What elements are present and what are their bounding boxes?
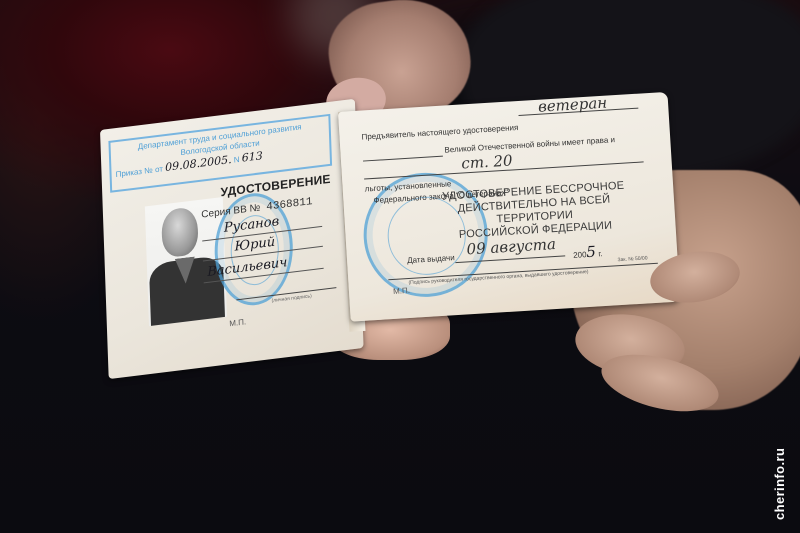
print-order-code: Зак. № 50/00 bbox=[617, 255, 647, 263]
photo-scene: Департамент труда и социального развития… bbox=[0, 0, 800, 533]
validity-statement: УДОСТОВЕРЕНИЕ БЕССРОЧНОЕ ДЕЙСТВИТЕЛЬНО Н… bbox=[433, 179, 636, 243]
issue-year: 2005 г. bbox=[572, 242, 602, 262]
order-prefix: Приказ № от bbox=[115, 164, 163, 179]
seal-place-label: М.П. bbox=[229, 317, 246, 328]
id-card-right-page: Предъявитель настоящего удостоверения ве… bbox=[338, 92, 680, 322]
site-watermark: cherinfo.ru bbox=[772, 448, 787, 520]
law-article: ст. 20 bbox=[461, 151, 513, 172]
portrait-head bbox=[161, 206, 199, 258]
issue-year-prefix: 200 bbox=[573, 250, 587, 260]
order-no-label: N bbox=[234, 155, 240, 165]
id-card-left-page: Департамент труда и социального развития… bbox=[100, 99, 364, 379]
seal-place-label: М.П. bbox=[393, 286, 410, 296]
bearer-line-label: Предъявитель настоящего удостоверения bbox=[361, 123, 518, 142]
issue-year-digit: 5 bbox=[586, 243, 597, 262]
order-number: 613 bbox=[242, 149, 263, 165]
issue-year-suffix: г. bbox=[598, 249, 603, 258]
blank-line bbox=[363, 156, 443, 162]
holder-status: ветеран bbox=[538, 94, 608, 116]
rights-line: Великой Отечественной войны имеет права … bbox=[444, 135, 615, 154]
